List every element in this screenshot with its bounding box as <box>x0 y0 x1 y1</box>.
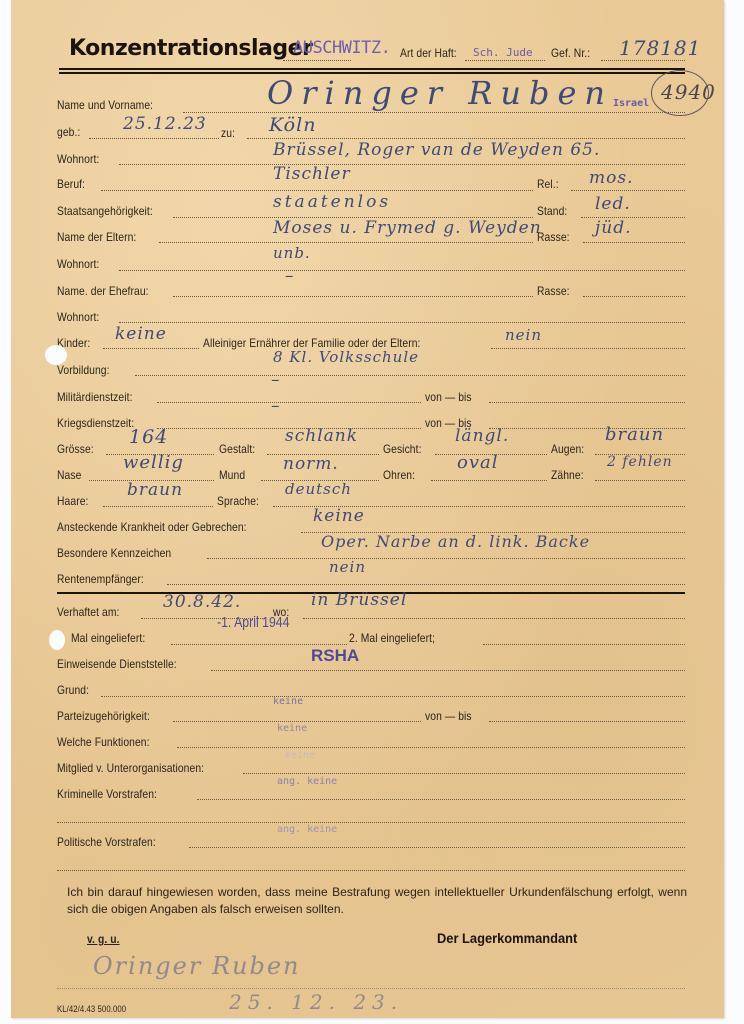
stand-label: Stand: <box>537 204 567 218</box>
funktionen-label: Welche Funktionen: <box>57 735 150 749</box>
kriminell-stamp: ang. keine <box>277 776 337 787</box>
gestalt-value: schlank <box>285 426 358 446</box>
wo-line <box>303 618 685 619</box>
rente-label: Rentenempfänger: <box>57 572 144 586</box>
signature-line <box>57 988 685 989</box>
name-stamp: Israel <box>613 98 649 109</box>
militaer-label: Militärdienstzeit: <box>57 390 133 404</box>
eltern-label: Name der Eltern: <box>57 230 136 244</box>
partei-vonbis-label: von — bis <box>425 709 472 723</box>
mund-value: norm. <box>283 454 339 474</box>
krankheit-value: keine <box>313 506 365 526</box>
eltern-value: Moses u. Frymed g. Weyden <box>273 218 542 238</box>
partei-vonbis-line <box>489 721 685 722</box>
gef-nr-label: Gef. Nr.: <box>551 46 590 60</box>
haare-value: braun <box>127 480 183 500</box>
verhaftet-value: 30.8.42. <box>163 592 241 612</box>
gesicht-label: Gesicht: <box>383 442 422 456</box>
dienststelle-stamp: RSHA <box>311 646 359 666</box>
mal1-label: Mal eingeliefert: <box>71 631 145 645</box>
vgu-label: v. g. u. <box>87 932 120 946</box>
gef-nr-value: 178181 <box>619 36 701 60</box>
zaehne-value: 2 fehlen <box>607 454 673 470</box>
ernaehrer-line <box>491 348 685 349</box>
krieg-label: Kriegsdienstzeit: <box>57 416 134 430</box>
ohren-label: Ohren: <box>383 468 415 482</box>
militaer-line <box>157 402 421 403</box>
eltern-wohnort-value: unb. <box>273 244 311 262</box>
militaer-value: – <box>271 370 281 390</box>
rasse-line <box>583 242 685 243</box>
rel-line <box>571 190 685 191</box>
wo-value: in Brüssel <box>311 590 407 610</box>
mal2-line <box>483 644 685 645</box>
zu-value: Köln <box>269 114 316 136</box>
declaration-text: Ich bin darauf hingewiesen worden, dass … <box>67 884 687 918</box>
kinder-value: keine <box>115 324 167 344</box>
mal1-stamp: -1. April 1944 <box>217 614 289 631</box>
ehefrau-rasse-label: Rasse: <box>537 284 570 298</box>
name-line <box>183 112 685 113</box>
form-title: Konzentrationslager <box>69 36 312 61</box>
art-der-haft-stamp: Sch. Jude <box>473 46 533 59</box>
grund-line <box>101 696 685 697</box>
augen-label: Augen: <box>551 442 584 456</box>
ehefrau-label: Name. der Ehefrau: <box>57 284 149 298</box>
staat-label: Staatsangehörigkeit: <box>57 204 153 218</box>
geb-value: 25.12.23 <box>123 114 207 134</box>
politisch-stamp: ang. keine <box>277 824 337 835</box>
funktionen-line <box>177 747 685 748</box>
politisch-line <box>189 847 685 848</box>
beruf-label: Beruf: <box>57 177 85 191</box>
header-rule-top <box>59 68 685 70</box>
sprache-label: Sprache: <box>217 494 259 508</box>
wohnort-line <box>119 164 685 165</box>
kinder-line <box>103 348 199 349</box>
camp-line <box>283 60 351 61</box>
staat-value: staatenlos <box>273 192 391 212</box>
punch-hole-bottom <box>49 630 65 650</box>
partei-label: Parteizugehörigkeit: <box>57 709 150 723</box>
stand-value: led. <box>595 194 631 214</box>
krankheit-label: Ansteckende Krankheit oder Gebrechen: <box>57 520 247 534</box>
mitglied-stamp: keine <box>285 750 315 761</box>
kennzeichen-value: Oper. Narbe an d. link. Backe <box>321 532 590 551</box>
kommandant-label: Der Lagerkommandant <box>437 930 577 946</box>
ehefrau-rasse-line <box>583 296 685 297</box>
groesse-label: Grösse: <box>57 442 94 456</box>
prisoner-registration-form: Konzentrationslager AUSCHWITZ. Art der H… <box>11 0 724 1018</box>
nase-value: wellig <box>123 452 184 473</box>
art-der-haft-line <box>465 60 545 61</box>
kriminell-label: Kriminelle Vorstrafen: <box>57 787 157 801</box>
militaer-vonbis-label: von — bis <box>425 390 472 404</box>
rel-value: mos. <box>589 168 633 188</box>
rasse-value: jüd. <box>595 218 632 238</box>
gestalt-label: Gestalt: <box>219 442 255 456</box>
punch-hole-top <box>45 345 67 365</box>
kennzeichen-line <box>207 558 685 559</box>
name-value: Oringer Ruben <box>267 74 613 112</box>
geb-label: geb.: <box>57 125 80 139</box>
declaration-divider <box>57 870 685 871</box>
vorbildung-line <box>135 375 685 376</box>
eltern-line <box>159 242 533 243</box>
politisch-label: Politische Vorstrafen: <box>57 835 156 849</box>
name-label: Name und Vorname: <box>57 98 153 112</box>
circled-number: 4940 <box>661 80 716 104</box>
gesicht-value: längl. <box>455 426 509 446</box>
mal1-line <box>171 644 347 645</box>
zu-line <box>247 138 685 139</box>
haare-line <box>103 506 213 507</box>
art-der-haft-label: Art der Haft: <box>400 46 457 60</box>
sprache-value: deutsch <box>285 480 352 498</box>
mitglied-label: Mitglied v. Unterorganisationen: <box>57 761 204 775</box>
extra-line <box>57 822 685 823</box>
partei-stamp: keine <box>273 696 303 707</box>
rente-value: nein <box>329 558 366 576</box>
ehefrau-line <box>173 296 533 297</box>
partei-line <box>173 721 421 722</box>
ernaehrer-value: nein <box>505 326 542 344</box>
rasse-label: Rasse: <box>537 230 570 244</box>
ohren-line <box>431 480 547 481</box>
nase-label: Nase <box>57 468 81 482</box>
eltern-wohnort-label: Wohnort: <box>57 257 99 271</box>
camp-stamp: AUSCHWITZ. <box>293 38 390 58</box>
geb-line <box>89 138 219 139</box>
beruf-line <box>101 190 533 191</box>
ohren-value: oval <box>457 452 499 473</box>
rente-line <box>167 584 685 585</box>
haare-label: Haare: <box>57 494 88 508</box>
ehefrau-wohnort-label: Wohnort: <box>57 310 99 324</box>
mund-label: Mund <box>219 468 245 482</box>
eltern-wohnort-line <box>119 270 685 271</box>
mal2-label: 2. Mal eingeliefert; <box>349 631 435 645</box>
rel-label: Rel.: <box>537 177 559 191</box>
verhaftet-label: Verhaftet am: <box>57 605 120 619</box>
mitglied-line <box>243 773 685 774</box>
beruf-value: Tischler <box>273 164 351 184</box>
gef-nr-line <box>601 60 685 61</box>
wohnort-value: Brüssel, Roger van de Weyden 65. <box>273 140 600 160</box>
kennzeichen-label: Besondere Kennzeichen <box>57 546 171 560</box>
signature-date: 25. 12. 23. <box>229 990 403 1014</box>
funktionen-stamp: keine <box>277 723 307 734</box>
form-code: KL/42/4.43 500.000 <box>57 1004 126 1014</box>
signature: Oringer Ruben <box>93 952 301 980</box>
krieg-value: – <box>271 396 281 416</box>
ehefrau-value: – <box>285 266 295 286</box>
vorbildung-label: Vorbildung: <box>57 363 110 377</box>
zaehne-line <box>595 480 685 481</box>
zaehne-label: Zähne: <box>551 468 584 482</box>
kriminell-line <box>197 799 685 800</box>
zu-label: zu: <box>221 126 235 140</box>
militaer-vonbis-line <box>489 402 685 403</box>
vorbildung-value: 8 Kl. Volksschule <box>273 348 419 366</box>
grund-label: Grund: <box>57 683 89 697</box>
dienststelle-label: Einweisende Dienststelle: <box>57 657 177 671</box>
wohnort-label: Wohnort: <box>57 152 99 166</box>
groesse-value: 164 <box>129 426 168 448</box>
dienststelle-line <box>211 670 685 671</box>
augen-value: braun <box>605 424 664 445</box>
ehefrau-wohnort-line <box>119 322 685 323</box>
